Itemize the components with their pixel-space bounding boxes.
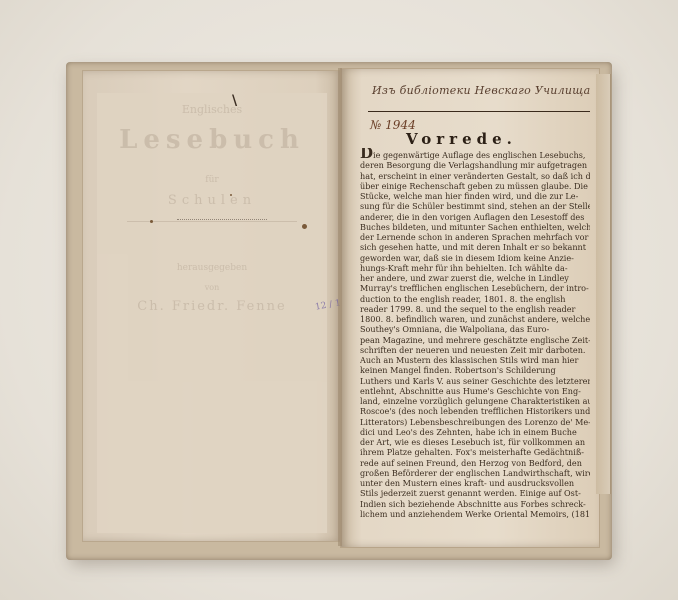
text-line: Stils jederzeit zuerst genannt werden. E… [360, 488, 590, 498]
bleed-through-line: von [97, 283, 327, 292]
text-line: her andere, und zwar zuerst die, welche … [360, 273, 590, 283]
text-line: Litterators) Lebensbeschreibungen des Lo… [360, 417, 590, 427]
left-page-sheet: Englisches Lesebuch für Schulen herausge… [97, 93, 327, 533]
foxing-spot [150, 220, 153, 223]
foxing-spot [230, 194, 232, 196]
text-line: Luthers und Karls V. aus seiner Geschich… [360, 376, 590, 386]
ink-mark: \ [232, 93, 237, 109]
text-line: der Lernende schon in anderen Sprachen m… [360, 232, 590, 242]
bleed-through-line: für [97, 175, 327, 185]
text-line: der Art, wie es dieses Lesebuch ist, für… [360, 437, 590, 447]
text-line: Roscoe's (des noch lebenden trefflichen … [360, 406, 590, 416]
text-line: anderer, die in den vorigen Auflagen den… [360, 212, 590, 222]
bleed-through-line: Ch. Friedr. Fenne [97, 299, 327, 314]
handwritten-provenance-note: Изъ библіотеки Невскаго Училища [372, 84, 590, 97]
drop-cap: D [360, 148, 373, 160]
text-line: Indien sich beziehende Abschnitte aus Fo… [360, 499, 590, 509]
book-gutter [338, 68, 342, 546]
text-line: dici und Leo's des Zehnten, habe ich in … [360, 427, 590, 437]
text-line: pean Magazine, und mehrere geschätzte en… [360, 335, 590, 345]
text-line: keinen Mangel finden. Robertson's Schild… [360, 365, 590, 375]
text-line: schriften der neueren und neuesten Zeit … [360, 345, 590, 355]
left-page: Englisches Lesebuch für Schulen herausge… [82, 70, 342, 542]
text-line: Die gegenwärtige Auflage des englischen … [360, 148, 590, 160]
text-line: Buches bildeten, und mitunter Sachen ent… [360, 222, 590, 232]
text-line: Murray's trefflichen englischen Lesebüch… [360, 283, 590, 293]
text-line: entlehnt, Abschnitte aus Hume's Geschich… [360, 386, 590, 396]
text-line: ihrem Platze gehalten. Fox's meisterhaft… [360, 447, 590, 457]
ink-smudge [177, 205, 267, 220]
text-line: über einige Rechenschaft geben zu müssen… [360, 181, 590, 191]
bleed-through-line: Englisches [97, 103, 327, 116]
text-line: großen Beförderer der englischen Landwir… [360, 468, 590, 478]
text-line: unter den Mustern eines kraft- und ausdr… [360, 478, 590, 488]
text-line: sich gesehen hatte, und mit deren Inhalt… [360, 242, 590, 252]
text-line: duction to the english reader, 1801. 8. … [360, 294, 590, 304]
text-line: rede auf seinen Freund, den Herzog von B… [360, 458, 590, 468]
bleed-through-line: Lesebuch [97, 125, 327, 155]
text-line: Stücke, welche man hier finden wird, und… [360, 191, 590, 201]
preface-heading: Vorrede. [406, 130, 517, 148]
text-line: lichem und anziehendem Werke Oriental Me… [360, 509, 590, 519]
text-line: hat, erscheint in einer veränderten Gest… [360, 171, 590, 181]
text-line: deren Besorgung die Verlagshandlung mir … [360, 160, 590, 170]
page-edges [596, 74, 611, 494]
text-line: hungs-Kraft mehr für ihn behielten. Ich … [360, 263, 590, 273]
text-line: reader 1799. 8. und the sequel to the en… [360, 304, 590, 314]
preface-text: Die gegenwärtige Auflage des englischen … [360, 148, 590, 519]
text-line: Southey's Omniana, die Walpoliana, das E… [360, 324, 590, 334]
text-line: sung für die Schüler bestimmt sind, steh… [360, 201, 590, 211]
text-line: land, einzelne vorzüglich gelungene Char… [360, 396, 590, 406]
text-line: 1800. 8. befindlich waren, und zunächst … [360, 314, 590, 324]
foxing-spot [302, 224, 307, 229]
text-line: Auch an Mustern des klassischen Stils wi… [360, 355, 590, 365]
bleed-through-line: herausgegeben [97, 263, 327, 273]
header-rule [368, 111, 590, 112]
text-line: geworden war, daß sie in diesem Idiom ke… [360, 253, 590, 263]
